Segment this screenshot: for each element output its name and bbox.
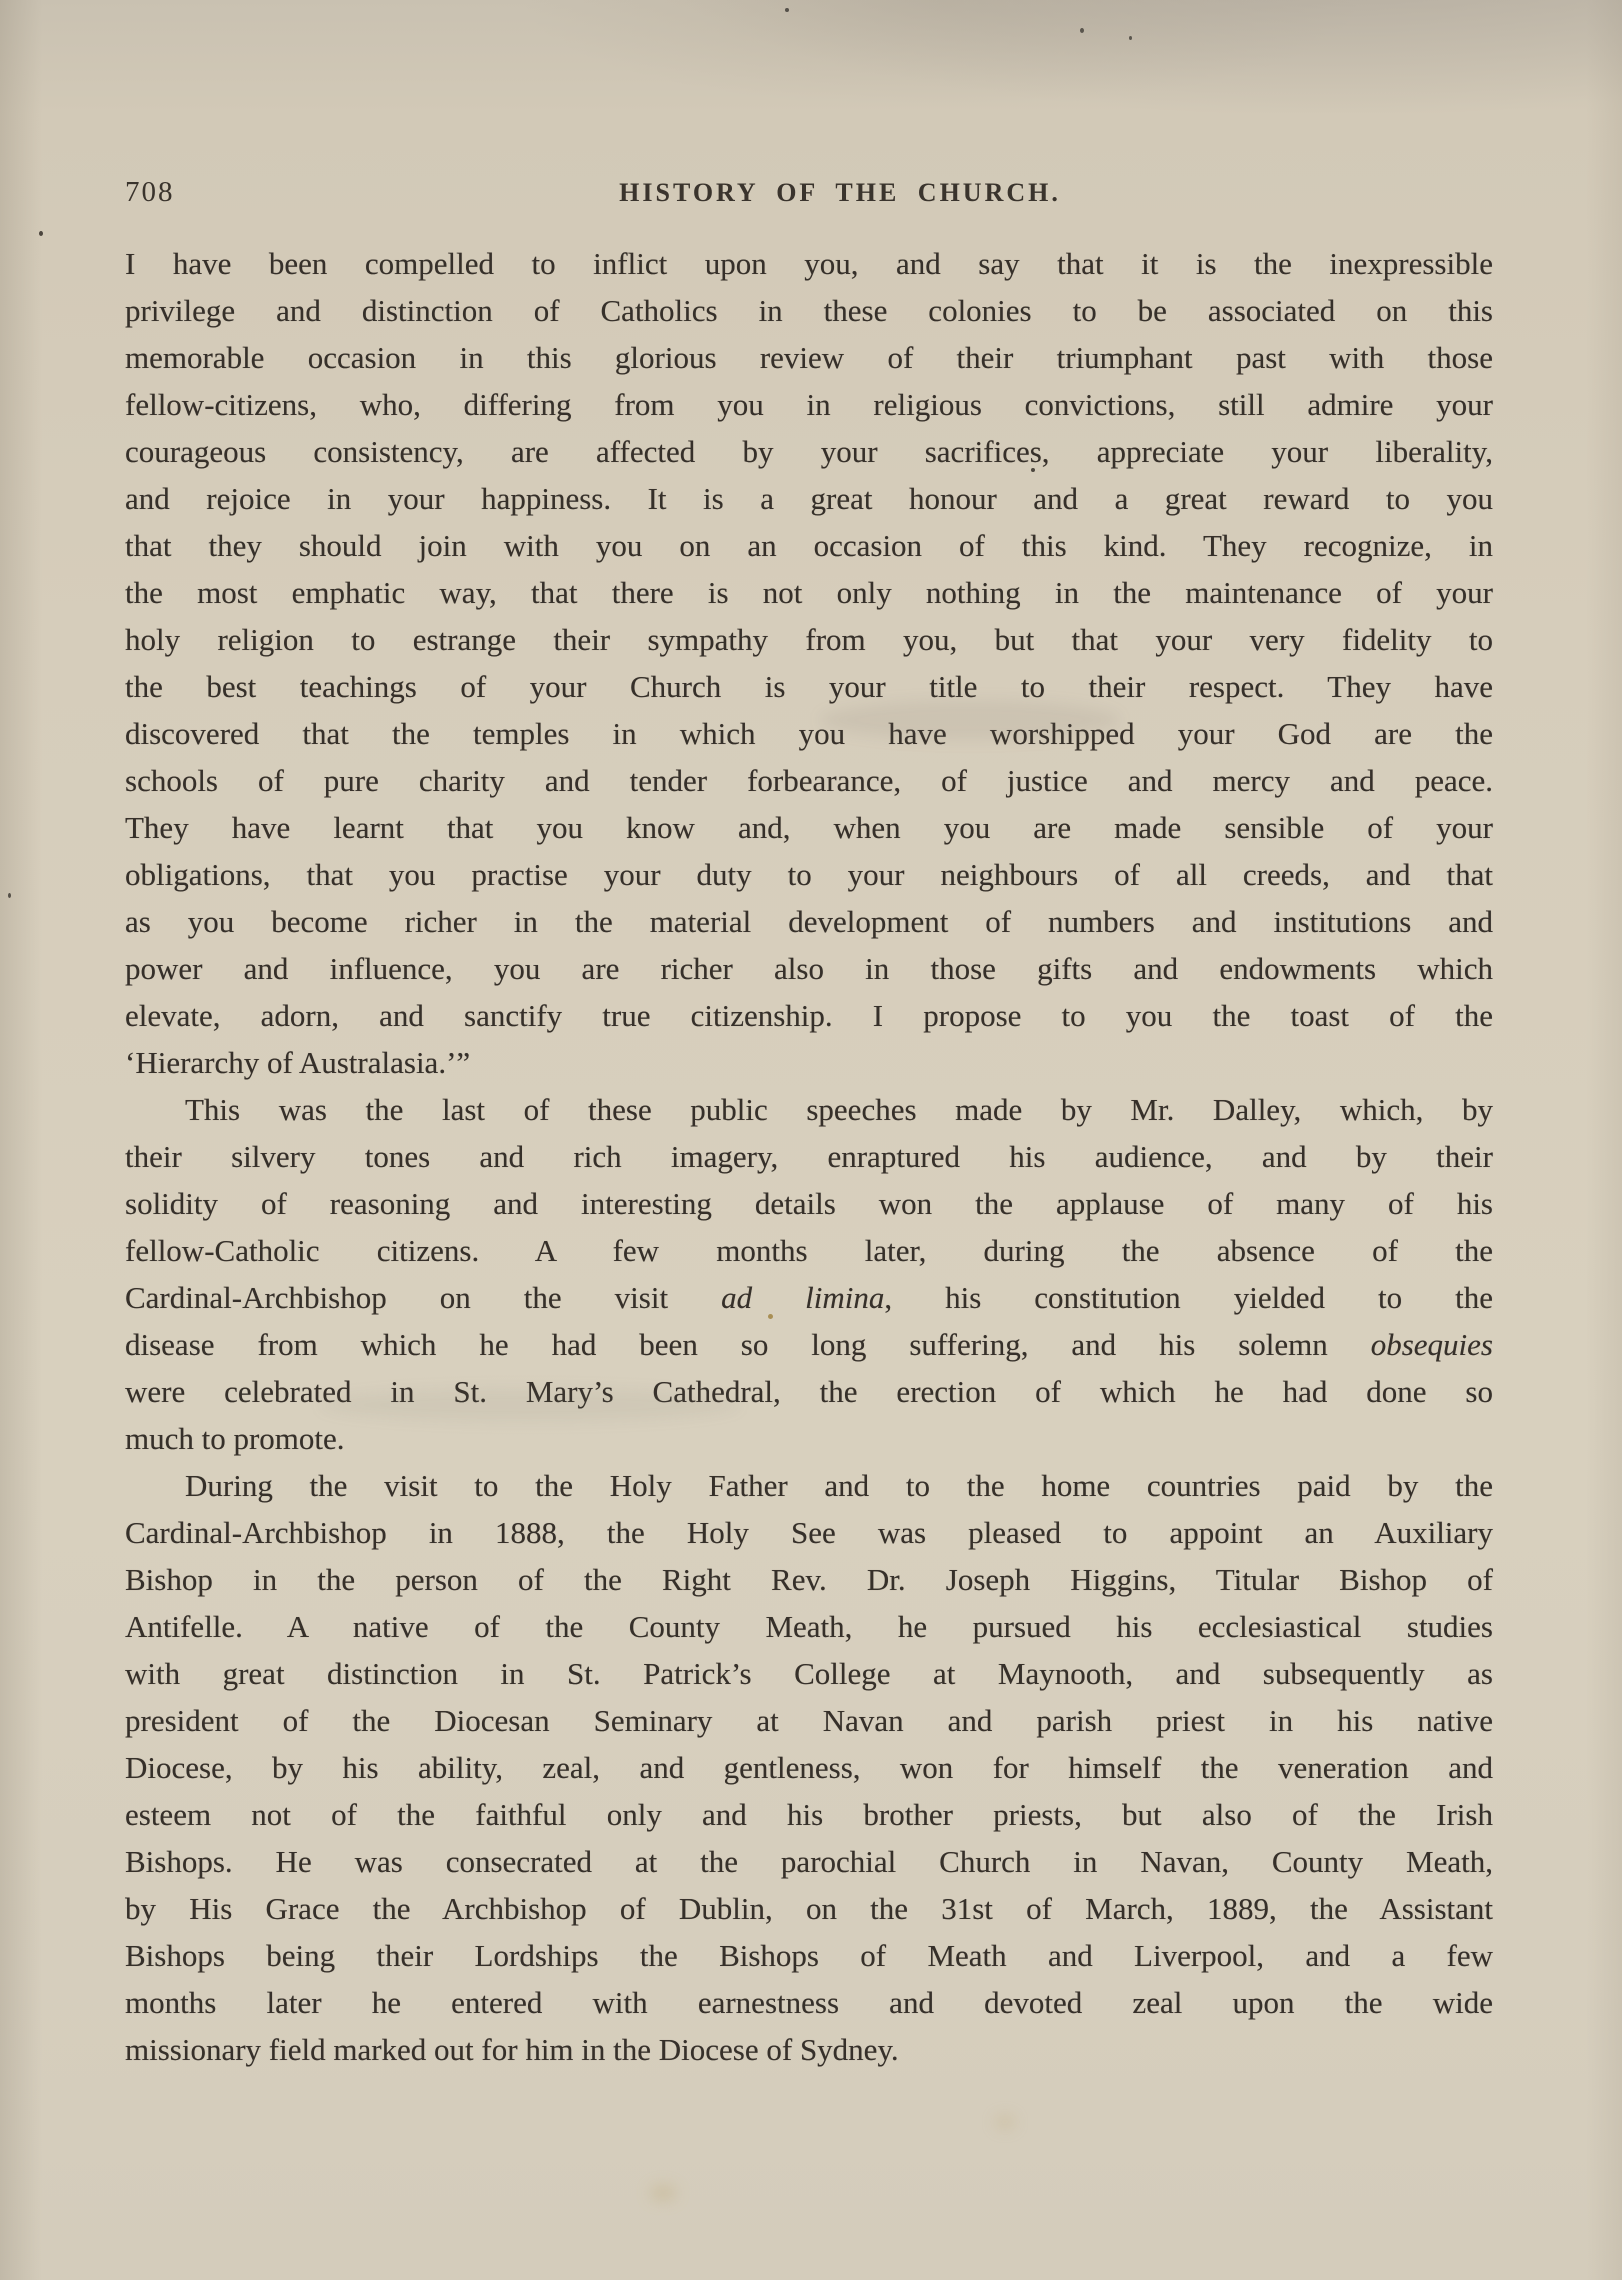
text-line: with great distinction in St. Patrick’s … [125, 1650, 1493, 1697]
text-line: president of the Diocesan Seminary at Na… [125, 1697, 1493, 1744]
paper-speck [768, 1314, 773, 1319]
text-line: During the visit to the Holy Father and … [125, 1462, 1493, 1509]
text-segment: the best teachings of your Church is you… [125, 669, 1493, 704]
text-segment: ‘Hierarchy of Australasia.’” [125, 1045, 470, 1080]
book-page-scan: 708 HISTORY OF THE CHURCH. I have been c… [0, 0, 1622, 2280]
ink-speck [785, 8, 789, 12]
text-line: power and influence, you are richer also… [125, 945, 1493, 992]
text-line: They have learnt that you know and, when… [125, 804, 1493, 851]
text-line: ‘Hierarchy of Australasia.’” [125, 1039, 1493, 1086]
text-segment: Antifelle. A native of the County Meath,… [125, 1609, 1493, 1644]
text-segment: power and influence, you are richer also… [125, 951, 1493, 986]
text-line: obligations, that you practise your duty… [125, 851, 1493, 898]
text-segment: elevate, adorn, and sanctify true citize… [125, 998, 1493, 1033]
text-line: Bishops. He was consecrated at the paroc… [125, 1838, 1493, 1885]
text-segment: This was the last of these public speech… [185, 1092, 1493, 1127]
text-line: Bishops being their Lordships the Bishop… [125, 1932, 1493, 1979]
text-segment: privilege and distinction of Catholics i… [125, 293, 1493, 328]
text-segment: months later he entered with earnestness… [125, 1985, 1493, 2020]
text-line: discovered that the temples in which you… [125, 710, 1493, 757]
text-segment: fellow-citizens, who, differing from you… [125, 387, 1493, 422]
text-segment: solidity of reasoning and interesting de… [125, 1186, 1493, 1221]
text-line: fellow-Catholic citizens. A few months l… [125, 1227, 1493, 1274]
text-segment: that they should join with you on an occ… [125, 528, 1493, 563]
text-segment: During the visit to the Holy Father and … [185, 1468, 1493, 1503]
text-segment: disease from which he had been so long s… [125, 1327, 1371, 1362]
italic-text: obsequies [1371, 1327, 1493, 1362]
ink-speck [8, 893, 11, 898]
italic-text: ad limina [721, 1280, 884, 1315]
text-line: Diocese, by his ability, zeal, and gentl… [125, 1744, 1493, 1791]
text-segment: Cardinal-Archbishop on the visit [125, 1280, 721, 1315]
text-line: I have been compelled to inflict upon yo… [125, 240, 1493, 287]
ink-speck [1129, 36, 1132, 40]
text-segment: as you become richer in the material dev… [125, 904, 1493, 939]
text-segment: holy religion to estrange their sympathy… [125, 622, 1493, 657]
text-segment: much to promote. [125, 1421, 345, 1456]
text-line: Cardinal-Archbishop in 1888, the Holy Se… [125, 1509, 1493, 1556]
text-segment: discovered that the temples in which you… [125, 716, 1493, 751]
text-segment: president of the Diocesan Seminary at Na… [125, 1703, 1493, 1738]
text-segment: by His Grace the Archbishop of Dublin, o… [125, 1891, 1493, 1926]
text-segment: the most emphatic way, that there is not… [125, 575, 1493, 610]
text-segment: schools of pure charity and tender forbe… [125, 763, 1493, 798]
text-line: solidity of reasoning and interesting de… [125, 1180, 1493, 1227]
text-segment: , his constitution yielded to the [884, 1280, 1493, 1315]
text-segment: Diocese, by his ability, zeal, and gentl… [125, 1750, 1493, 1785]
text-line: privilege and distinction of Catholics i… [125, 287, 1493, 334]
text-segment: their silvery tones and rich imagery, en… [125, 1139, 1493, 1174]
foxing-spot [995, 2115, 1015, 2129]
text-line: fellow-citizens, who, differing from you… [125, 381, 1493, 428]
text-segment: obligations, that you practise your duty… [125, 857, 1493, 892]
text-line: missionary field marked out for him in t… [125, 2026, 1493, 2073]
text-segment: missionary field marked out for him in t… [125, 2032, 899, 2067]
ink-speck [1080, 28, 1084, 33]
text-segment: esteem not of the faithful only and his … [125, 1797, 1493, 1832]
page-text: I have been compelled to inflict upon yo… [125, 240, 1493, 2073]
text-line: esteem not of the faithful only and his … [125, 1791, 1493, 1838]
text-segment: memorable occasion in this glorious revi… [125, 340, 1493, 375]
text-segment: Bishops being their Lordships the Bishop… [125, 1938, 1493, 1973]
text-segment: Bishop in the person of the Right Rev. D… [125, 1562, 1493, 1597]
show-through [320, 1388, 740, 1422]
text-line: and rejoice in your happiness. It is a g… [125, 475, 1493, 522]
text-line: their silvery tones and rich imagery, en… [125, 1133, 1493, 1180]
running-title: HISTORY OF THE CHURCH. [125, 178, 1493, 208]
text-line: months later he entered with earnestness… [125, 1979, 1493, 2026]
foxing-spot [650, 2185, 676, 2201]
text-segment: I have been compelled to inflict upon yo… [125, 246, 1493, 281]
text-line: much to promote. [125, 1415, 1493, 1462]
text-line: memorable occasion in this glorious revi… [125, 334, 1493, 381]
text-line: Cardinal-Archbishop on the visit ad limi… [125, 1274, 1493, 1321]
text-segment: with great distinction in St. Patrick’s … [125, 1656, 1493, 1691]
text-line: elevate, adorn, and sanctify true citize… [125, 992, 1493, 1039]
text-line: This was the last of these public speech… [125, 1086, 1493, 1133]
ink-speck [39, 231, 43, 236]
text-segment: They have learnt that you know and, when… [125, 810, 1493, 845]
text-line: that they should join with you on an occ… [125, 522, 1493, 569]
ink-speck [1031, 468, 1035, 472]
text-segment: and rejoice in your happiness. It is a g… [125, 481, 1493, 516]
text-line: by His Grace the Archbishop of Dublin, o… [125, 1885, 1493, 1932]
text-line: Antifelle. A native of the County Meath,… [125, 1603, 1493, 1650]
text-line: disease from which he had been so long s… [125, 1321, 1493, 1368]
text-segment: Cardinal-Archbishop in 1888, the Holy Se… [125, 1515, 1493, 1550]
text-segment: courageous consistency, are affected by … [125, 434, 1493, 469]
text-line: the best teachings of your Church is you… [125, 663, 1493, 710]
text-line: Bishop in the person of the Right Rev. D… [125, 1556, 1493, 1603]
text-line: courageous consistency, are affected by … [125, 428, 1493, 475]
show-through [820, 700, 1120, 740]
text-line: holy religion to estrange their sympathy… [125, 616, 1493, 663]
text-line: as you become richer in the material dev… [125, 898, 1493, 945]
text-line: the most emphatic way, that there is not… [125, 569, 1493, 616]
text-line: schools of pure charity and tender forbe… [125, 757, 1493, 804]
text-segment: Bishops. He was consecrated at the paroc… [125, 1844, 1493, 1879]
page-header: 708 HISTORY OF THE CHURCH. [125, 176, 1493, 212]
text-segment: fellow-Catholic citizens. A few months l… [125, 1233, 1493, 1268]
